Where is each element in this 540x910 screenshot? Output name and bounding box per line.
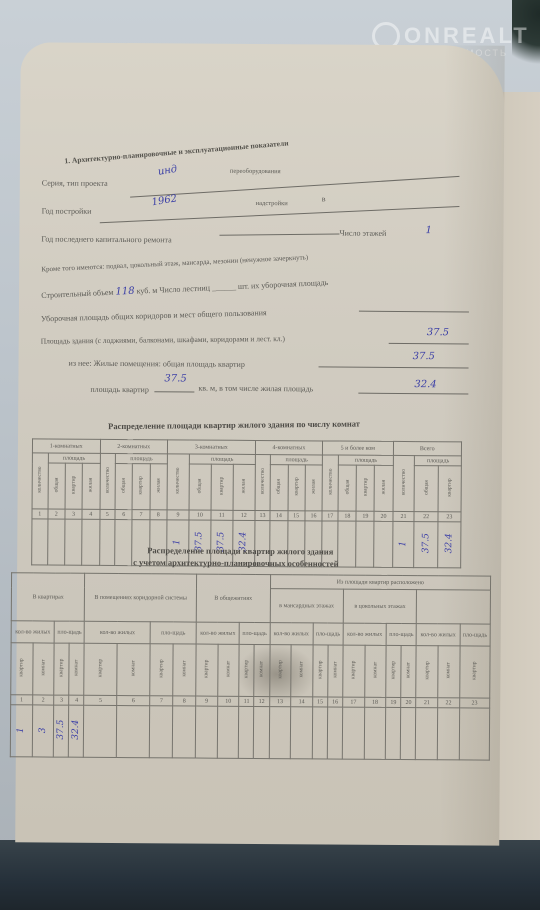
col-header: квартир: [98, 659, 104, 677]
table1-group: 2-комнатных: [100, 439, 168, 453]
table2-group: в цокольных этажах: [343, 589, 417, 624]
col-number: 18: [364, 697, 386, 707]
col-header: комнат: [74, 660, 80, 676]
subgroup-header: площадь: [271, 455, 323, 465]
col-number: 13: [255, 510, 271, 520]
col-number: 14: [270, 511, 287, 521]
field-label-apartments-area: площадь квартир: [90, 385, 149, 394]
field-mid-label-bottom: надстройки: [256, 200, 288, 207]
col-header: квартир: [138, 476, 144, 494]
col-number: 17: [343, 697, 365, 707]
col-number: 7: [150, 696, 173, 706]
table2-group: В общежитиях: [196, 574, 270, 623]
field-line: [359, 311, 469, 313]
col-header: жилая: [88, 478, 94, 493]
col-number: 17: [322, 511, 338, 521]
field-label-year: Год постройки: [42, 206, 92, 215]
col-number: 13: [269, 697, 291, 707]
col-header: комнат: [299, 662, 305, 678]
table2-title-line2: с учетом архитектурно-планировочных особ…: [133, 557, 338, 568]
sub-header: кол-во жилых: [85, 621, 151, 643]
table1-title: Распределение площади квартир жилого зда…: [108, 419, 360, 432]
cell-value: 1: [173, 539, 183, 545]
col-number: 6: [115, 509, 132, 519]
table2-data-row: 1 3 37.5 32.4: [10, 705, 489, 760]
col-header: общая: [276, 479, 282, 494]
subgroup-header: площадь: [415, 456, 462, 466]
col-header: квартир: [19, 659, 25, 677]
table2-group: в мансардных этажах: [270, 589, 344, 624]
table1-group: 3-комнатных: [167, 440, 255, 455]
field-value-apartments-area: 37.5: [164, 373, 186, 384]
col-number: 4: [69, 695, 84, 705]
table2-group: [417, 590, 491, 625]
field-value-living-area: 32.4: [414, 379, 436, 390]
subgroup-header: площадь: [115, 453, 167, 463]
col-header: количество: [260, 468, 266, 494]
col-number: 5: [84, 695, 117, 705]
col-header: количество: [37, 467, 43, 493]
col-number: 12: [233, 510, 255, 520]
sub-header: пло-щадь: [54, 621, 84, 643]
col-header: квартир: [351, 661, 357, 679]
col-number: 8: [150, 510, 167, 520]
col-header: квартир: [204, 660, 210, 678]
field-label-cleaning-area: Уборочная площадь общих коридоров и мест…: [41, 308, 267, 323]
col-number: 8: [173, 696, 196, 706]
cell-value: 3: [38, 727, 48, 733]
col-header: количество: [175, 468, 181, 494]
col-header: квартир: [277, 660, 283, 678]
field-suffix: в: [322, 194, 326, 203]
col-header: квартир: [244, 660, 250, 678]
col-header: квартир: [391, 661, 397, 679]
subgroup-header: площадь: [48, 453, 100, 463]
field-line: [100, 206, 460, 223]
volume-label: Строительный объем: [41, 288, 114, 300]
col-number: 22: [438, 698, 460, 708]
cell-value: 1: [398, 541, 408, 547]
field-value-series: инд: [157, 164, 178, 178]
col-header: комнат: [446, 663, 452, 679]
col-number: 20: [374, 511, 392, 521]
subgroup-header: площадь: [339, 455, 393, 465]
field-line: [219, 234, 339, 236]
sub-header: кол-во жилых: [270, 623, 313, 645]
col-number: 1: [32, 509, 48, 519]
col-number: 23: [459, 698, 489, 708]
col-number: 2: [32, 695, 54, 705]
table2-group: В квартирах: [11, 573, 85, 622]
col-header: жилая: [241, 479, 247, 494]
col-number: 11: [239, 696, 254, 706]
table2-group: В помещениях коридорной системы: [85, 573, 197, 622]
volume-unit: куб. м Число лестниц: [136, 283, 210, 295]
field-label-living-total: из нее: Жилые помещения: общая площадь к…: [69, 359, 245, 369]
field-value-volume: 118: [115, 286, 135, 298]
col-number: 14: [291, 697, 313, 707]
col-number: 1: [11, 695, 33, 705]
col-number: 5: [99, 509, 115, 519]
col-header: комнат: [225, 661, 231, 677]
col-number: 18: [338, 511, 356, 521]
field-label-building-area: Площадь здания (с лоджиями, балконами, ш…: [41, 334, 285, 346]
col-number: 10: [189, 510, 211, 520]
table1-group: 4-комнатных: [255, 440, 323, 454]
col-number: 9: [196, 696, 218, 706]
field-value-building-area: 37.5: [427, 327, 449, 338]
stairs-unit: шт. их уборочная площадь: [238, 278, 329, 291]
col-header: жилая: [155, 479, 161, 494]
col-number: 22: [414, 512, 437, 522]
field-line: [389, 343, 469, 345]
field-label-living-area: кв. м, в том числе жилая площадь: [198, 384, 313, 394]
col-header: жилая: [381, 480, 387, 495]
field-label-series: Серия, тип проекта: [42, 178, 108, 187]
col-header: квартир: [446, 479, 452, 497]
col-header: жилая: [311, 480, 317, 495]
col-number: 23: [438, 512, 461, 522]
col-header: количество: [104, 467, 110, 493]
document-page: 1. Архитектурно-планировочные и эксплуат…: [15, 42, 505, 845]
col-header: квартир: [317, 661, 323, 679]
col-header: квартир: [472, 662, 478, 680]
sub-header: пло-щадь: [313, 623, 343, 645]
field-label-volume: Строительный объем 118 куб. м Число лест…: [41, 277, 328, 301]
col-header: комнат: [40, 660, 46, 676]
col-header: квартир: [158, 660, 164, 678]
sub-header: кол-во жилых: [416, 624, 459, 646]
col-header: общая: [121, 478, 127, 493]
col-header: квартир: [293, 478, 299, 496]
col-header: комнат: [131, 661, 137, 677]
col-header: комнат: [181, 661, 187, 677]
section-title: 1. Архитектурно-планировочные и эксплуат…: [64, 138, 289, 165]
col-header: общая: [53, 478, 59, 493]
col-number: 20: [401, 697, 416, 707]
col-header: общая: [345, 480, 351, 495]
col-header: общая: [197, 479, 203, 494]
cell-value: 37.5: [421, 534, 431, 554]
col-number: 21: [416, 698, 438, 708]
table2-top-header: Из площади квартир расположено: [270, 575, 491, 591]
col-number: 12: [254, 696, 269, 706]
col-number: 9: [167, 510, 189, 520]
sub-header: кол-во жилых: [343, 623, 386, 645]
col-number: 6: [117, 696, 150, 706]
col-number: 16: [305, 511, 322, 521]
cell-value: 32.4: [71, 720, 81, 740]
field-value-floors: 1: [425, 225, 431, 236]
col-number: 3: [54, 695, 69, 705]
sub-header: кол-во жилых: [11, 621, 54, 643]
field-label-floors: Число этажей: [339, 229, 386, 238]
table1-group: Всего: [393, 441, 462, 455]
col-number: 15: [287, 511, 304, 521]
field-line: [358, 393, 468, 395]
field-mid-label-top: переоборудования: [230, 168, 281, 175]
sub-header: пло-щадь: [239, 622, 269, 644]
cell-value: 32.4: [444, 534, 454, 554]
table2-title-line1: Распределение площади квартир жилого зда…: [147, 545, 333, 556]
col-number: 3: [65, 509, 82, 519]
desk-surface: [0, 840, 540, 910]
col-header: комнат: [259, 661, 265, 677]
col-number: 16: [327, 697, 342, 707]
col-number: 15: [312, 697, 327, 707]
table2-architectural-distribution: В квартирах В помещениях коридорной сист…: [10, 572, 491, 760]
field-label-repair: Год последнего капитального ремонта: [41, 234, 171, 244]
col-number: 19: [356, 511, 374, 521]
col-number: 21: [393, 511, 415, 521]
field-line: [319, 366, 469, 368]
sub-header: пло-щадь: [460, 624, 491, 646]
sub-header: кол-во жилых: [196, 622, 239, 644]
table1-group: 1-комнатных: [32, 439, 100, 453]
col-header: квартир: [363, 478, 369, 496]
col-header: комнат: [406, 662, 412, 678]
table1-group: 5 и более ком: [323, 441, 393, 455]
col-header: квартир: [59, 659, 65, 677]
col-number: 10: [217, 696, 239, 706]
field-value-living-total: 37.5: [413, 351, 435, 362]
cell-value: 37.5: [56, 720, 66, 740]
col-header: комнат: [372, 662, 378, 678]
subgroup-header: площадь: [189, 454, 255, 464]
sub-header: пло-щадь: [150, 622, 196, 644]
field-label-extras: Кроме того имеются: подвал, цокольный эт…: [41, 253, 308, 273]
col-number: 2: [48, 509, 65, 519]
cell-value: 1: [16, 727, 26, 733]
col-number: 7: [132, 510, 149, 520]
col-number: 19: [386, 697, 401, 707]
col-header: количество: [327, 469, 333, 495]
col-header: комнат: [332, 662, 338, 678]
col-number: 11: [211, 510, 233, 520]
sub-header: пло-щадь: [386, 623, 416, 645]
col-header: общая: [423, 480, 429, 495]
field-line: [154, 391, 194, 392]
col-header: квартир: [424, 661, 430, 679]
col-header: количество: [401, 469, 407, 495]
col-header: квартир: [219, 477, 225, 495]
col-header: квартир: [71, 476, 77, 494]
col-number: 4: [82, 509, 99, 519]
field-line: [130, 176, 459, 198]
